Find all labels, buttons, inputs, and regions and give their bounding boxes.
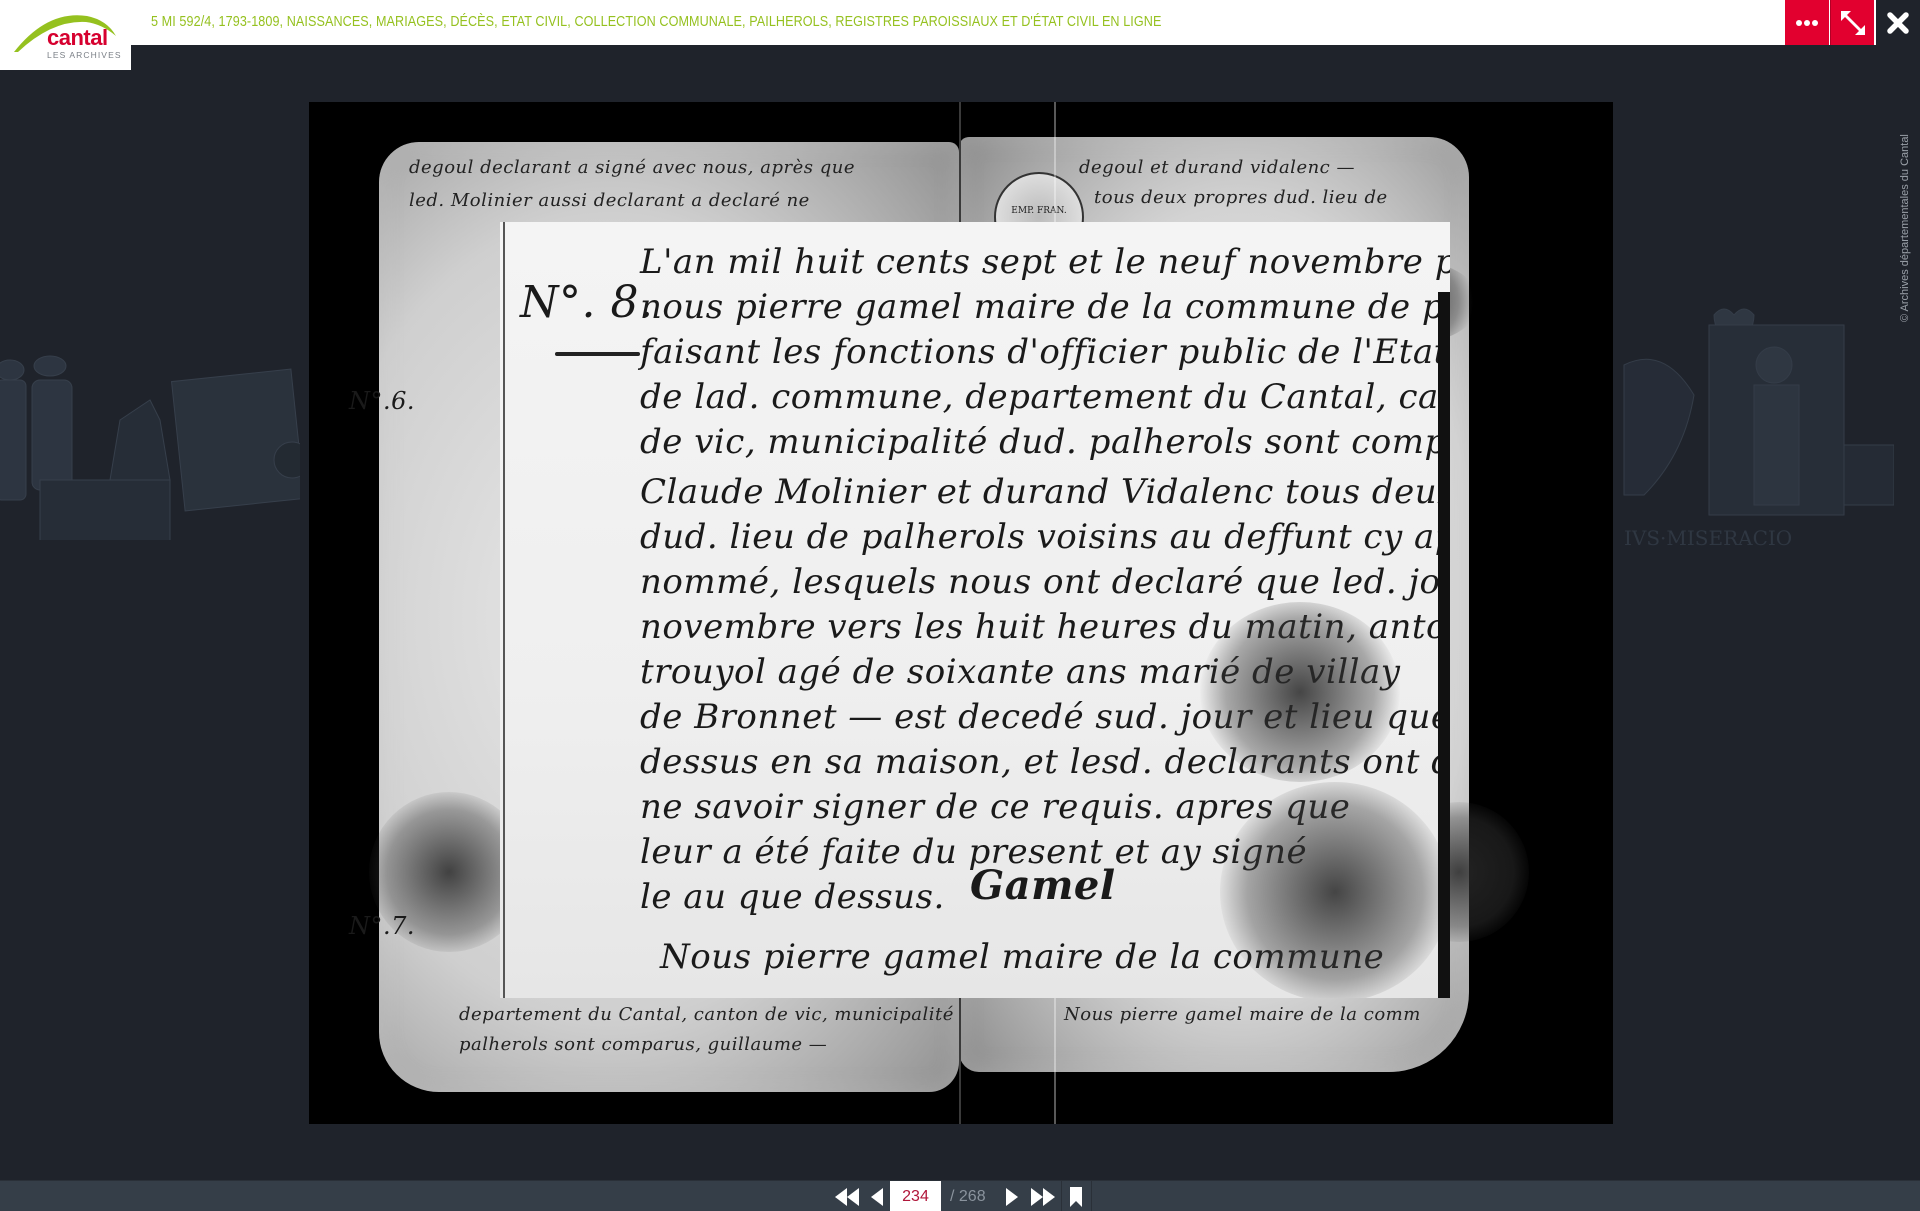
next-page-button[interactable] — [1000, 1181, 1024, 1211]
record-line: le au que dessus. — [640, 877, 945, 917]
bookmark-button[interactable] — [1064, 1181, 1088, 1211]
copyright-text: © Archives départementales du Cantal — [1898, 134, 1912, 322]
fullscreen-button[interactable] — [1830, 0, 1874, 45]
document-title: 5 MI 592/4, 1793-1809, NAISSANCES, MARIA… — [151, 12, 1512, 32]
right-page-line: tous deux propres dud. lieu de — [1094, 187, 1388, 208]
first-page-icon — [835, 1188, 859, 1206]
record-line: faisant les fonctions d'officier public … — [640, 332, 1450, 372]
previous-page-icon — [871, 1188, 883, 1206]
margin-entry-number: N°.7. — [349, 912, 415, 940]
close-x-icon — [1887, 12, 1909, 34]
previous-page-button[interactable] — [866, 1181, 888, 1211]
copyright-credit: © Archives départementales du Cantal — [1898, 82, 1912, 322]
record-line: ne savoir signer de ce requis. apres que — [640, 787, 1350, 827]
last-page-button[interactable] — [1027, 1181, 1059, 1211]
first-page-button[interactable] — [832, 1181, 862, 1211]
background-illustration-left — [0, 300, 300, 540]
left-page-line: degoul declarant a signé avec nous, aprè… — [409, 157, 855, 178]
record-line: dud. lieu de palherols voisins au deffun… — [640, 517, 1450, 557]
pagination-toolbar: / 268 — [0, 1180, 1920, 1211]
toolbar-divider — [1091, 1181, 1092, 1211]
cantal-archives-logo[interactable]: cantal LES ARCHIVES — [0, 0, 131, 70]
inset-edge-shadow — [1438, 292, 1450, 998]
svg-text:IVS·MISERACIO: IVS·MISERACIO — [1624, 526, 1792, 550]
bookmark-icon — [1070, 1187, 1082, 1207]
inset-entry-number: N°. 8. — [520, 277, 653, 328]
record-line: Claude Molinier et durand Vidalenc tous … — [640, 472, 1450, 512]
margin-entry-number: N°.6. — [349, 387, 415, 415]
mayor-signature: Gamel — [970, 862, 1116, 909]
toolbar-divider — [1061, 1181, 1062, 1211]
zoomed-record-inset: N°. 8. L'an mil huit cents sept et le ne… — [500, 222, 1450, 998]
more-options-button[interactable] — [1785, 0, 1829, 45]
entry-underline — [555, 352, 640, 356]
document-image-viewport[interactable]: degoul declarant a signé avec nous, aprè… — [309, 102, 1613, 1124]
record-line: L'an mil huit cents sept et le neuf nove… — [640, 242, 1450, 282]
logo-subtitle: LES ARCHIVES — [47, 50, 122, 60]
record-line: nommé, lesquels nous ont declaré que led… — [640, 562, 1450, 602]
ink-stain — [1220, 782, 1450, 998]
right-page-line: Nous pierre gamel maire de la comm — [1064, 1004, 1421, 1025]
top-header-bar: cantal LES ARCHIVES 5 MI 592/4, 1793-180… — [0, 0, 1920, 45]
close-viewer-button[interactable] — [1876, 0, 1920, 45]
fullscreen-arrows-icon — [1840, 10, 1866, 36]
background-illustration-right: IVS·MISERACIO — [1614, 295, 1894, 555]
archive-viewer-app: IVS·MISERACIO cantal LES ARCHIVES 5 MI 5… — [0, 0, 1920, 1211]
record-line: de lad. commune, departement du Cantal, … — [640, 377, 1450, 417]
more-dots-icon — [1795, 19, 1819, 27]
last-page-icon — [1031, 1188, 1055, 1206]
current-page-input[interactable] — [890, 1181, 941, 1211]
record-line: de vic, municipalité dud. palherols sont… — [640, 422, 1450, 462]
left-page-line: led. Molinier aussi declarant a declaré … — [409, 190, 810, 211]
logo-wordmark: cantal — [47, 27, 108, 49]
next-page-icon — [1006, 1188, 1018, 1206]
inset-margin-line — [503, 222, 505, 998]
right-page-line: degoul et durand vidalenc — — [1079, 157, 1355, 178]
left-page-line: departement du Cantal, canton de vic, mu… — [459, 1004, 954, 1025]
record-line: nous pierre gamel maire de la commune de… — [640, 287, 1450, 327]
left-page-line: palherols sont comparus, guillaume — — [459, 1034, 827, 1055]
ink-stain — [1200, 602, 1400, 782]
total-pages-label: / 268 — [950, 1187, 1000, 1207]
